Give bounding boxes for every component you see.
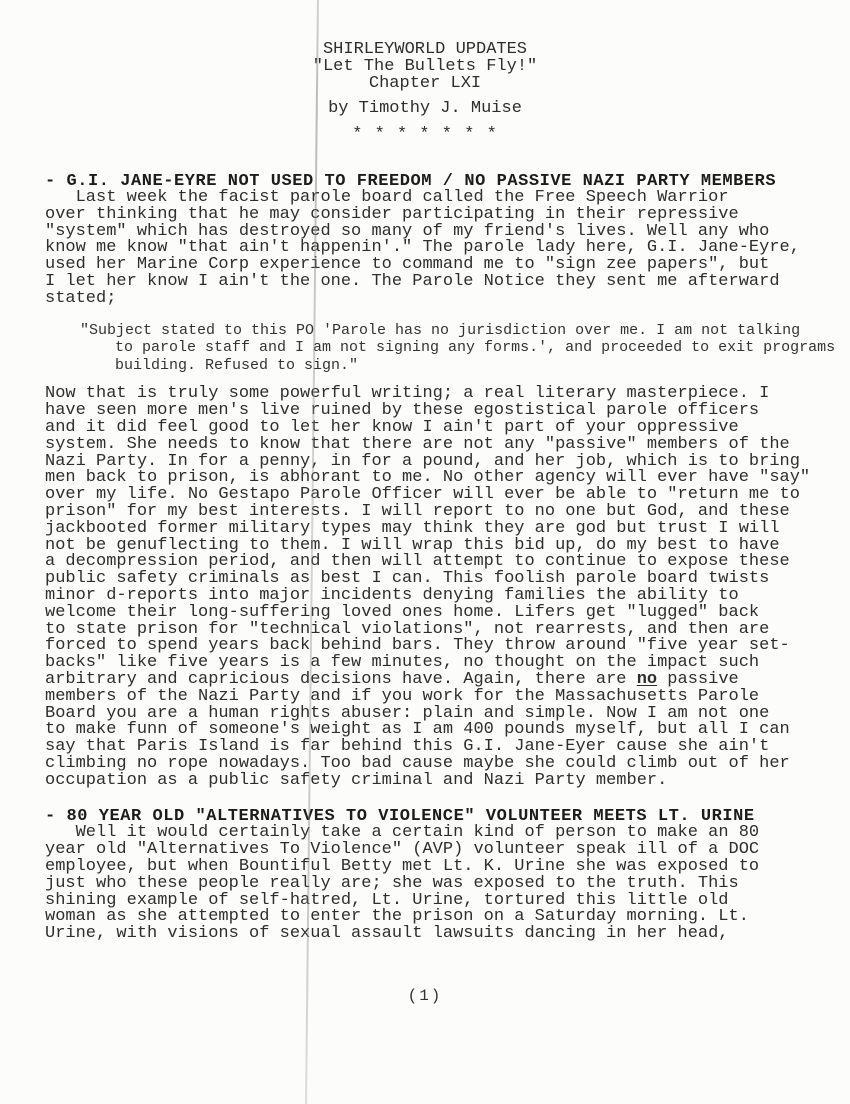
- page-number: (1): [0, 987, 850, 1005]
- doc-subtitle: "Let The Bullets Fly!": [0, 58, 850, 75]
- doc-chapter: Chapter LXI: [0, 75, 850, 92]
- paragraph-text-before-emphasis: Now that is truly some powerful writing;…: [45, 384, 810, 689]
- parole-notice-blockquote: "Subject stated to this PO 'Parole has n…: [45, 322, 844, 375]
- doc-byline: by Timothy J. Muise: [0, 100, 850, 117]
- paragraph-text-after-emphasis: passive members of the Nazi Party and if…: [45, 670, 790, 790]
- asterisk-separator: * * * * * * *: [0, 126, 850, 143]
- paragraph-parole-board: Last week the facist parole board called…: [45, 190, 844, 308]
- document-body: - G.I. JANE-EYRE NOT USED TO FREEDOM / N…: [0, 173, 850, 943]
- paragraph-powerful-writing: Now that is truly some powerful writing;…: [45, 386, 844, 789]
- doc-title: SHIRLEYWORLD UPDATES: [0, 41, 850, 58]
- paragraph-avp-volunteer: Well it would certainly take a certain k…: [45, 825, 844, 943]
- document-header: SHIRLEYWORLD UPDATES "Let The Bullets Fl…: [0, 0, 850, 143]
- document-page: SHIRLEYWORLD UPDATES "Let The Bullets Fl…: [0, 0, 850, 1104]
